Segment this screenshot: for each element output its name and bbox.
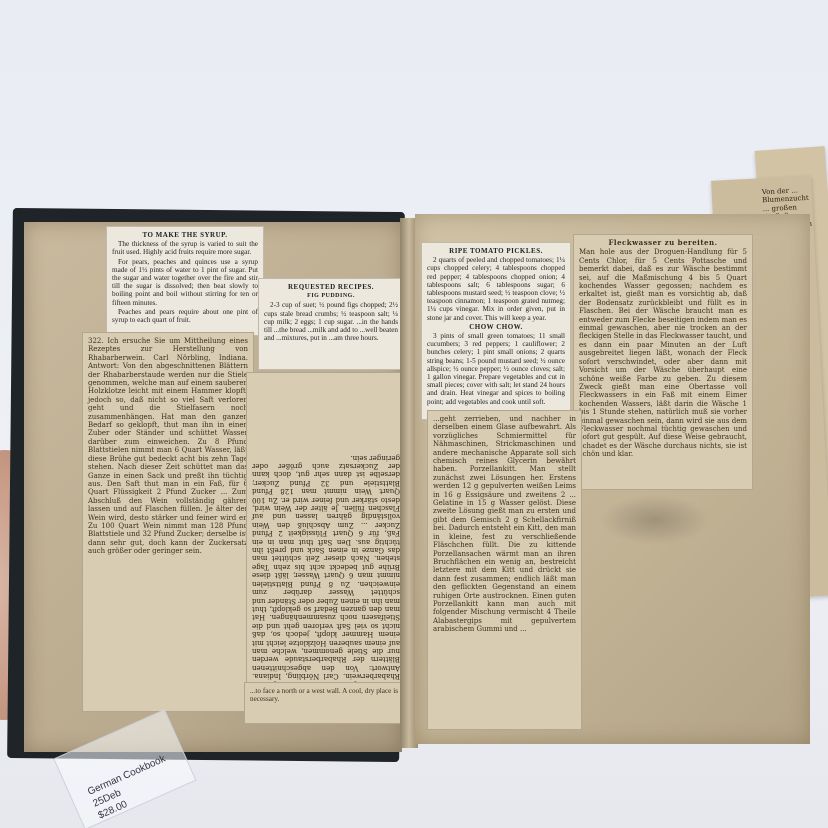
photo-scene: Von der ... Blumenzucht ... großen Einfl… xyxy=(0,0,828,828)
clipping-ripe-tomato-pickles: RIPE TOMATO PICKLES. 2 quarts of peeled … xyxy=(421,242,571,420)
clipping-fleckwasser: Fleckwasser zu bereiten. Man hole aus de… xyxy=(573,234,753,490)
clipping-upside-down: 322. Ich ersuche Sie um Mittheilung eine… xyxy=(246,372,406,702)
open-book: TO MAKE THE SYRUP. The thickness of the … xyxy=(10,208,810,763)
clipping-storage-note: ...to face a north or a west wall. A coo… xyxy=(244,682,404,724)
right-page: RIPE TOMATO PICKLES. 2 quarts of peeled … xyxy=(415,214,810,744)
left-page: TO MAKE THE SYRUP. The thickness of the … xyxy=(24,222,402,752)
clipping-rhabarberwein: 322. Ich ersuche Sie um Mittheilung eine… xyxy=(82,332,254,712)
clipping-syrup: TO MAKE THE SYRUP. The thickness of the … xyxy=(106,226,264,336)
clipping-porzellankitt: ...geht zerrieben, und nachher in dersel… xyxy=(427,410,582,730)
clipping-requested-recipes: REQUESTED RECIPES. FIG PUDDING. 2-3 cup … xyxy=(258,278,404,370)
water-stain xyxy=(600,495,710,545)
